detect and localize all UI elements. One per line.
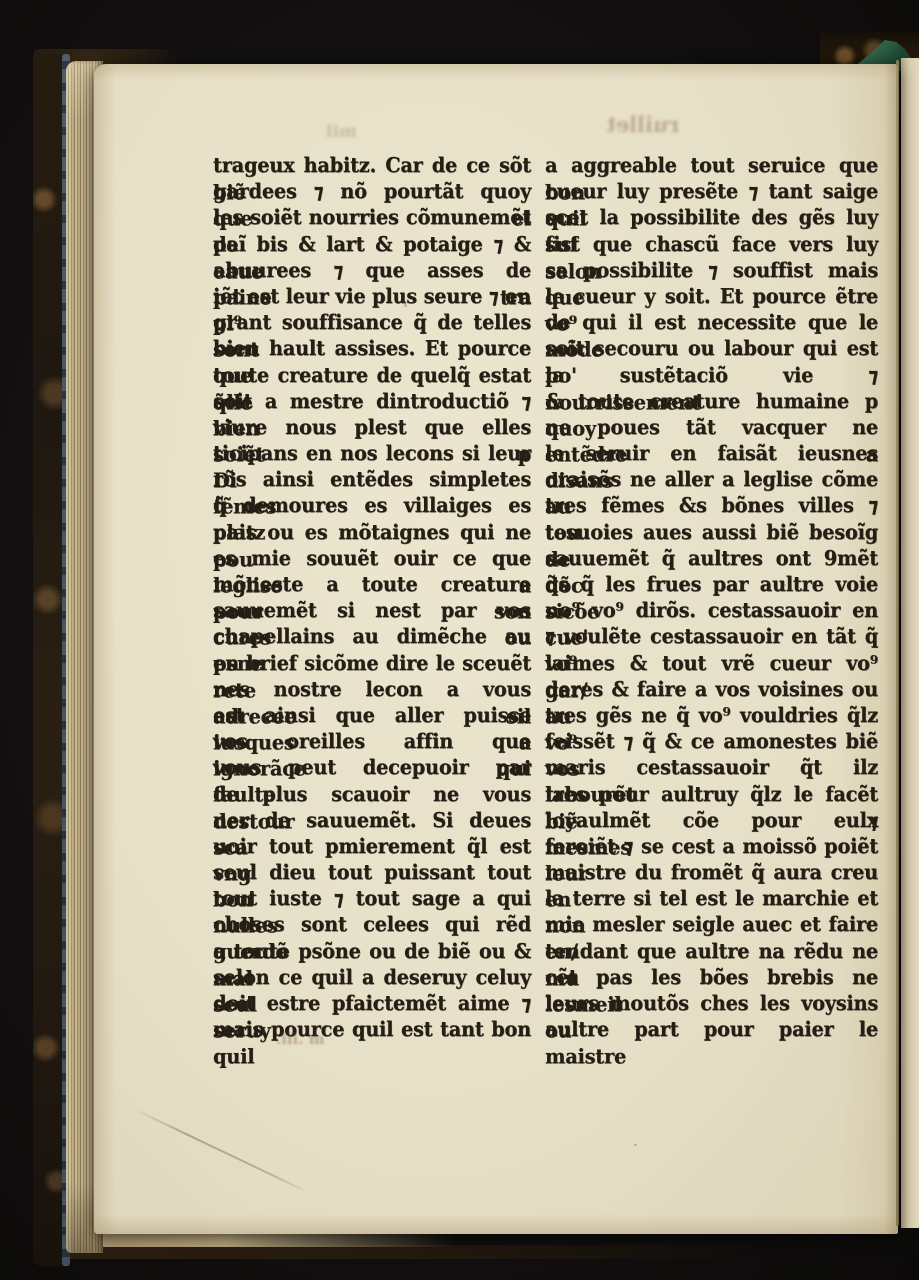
text-line: tesuoies aues aussi biẽ besoĩg de bbox=[545, 519, 878, 546]
gutter-crease bbox=[896, 60, 899, 1226]
text-line: ⁊ voulẽte cestassauoir en tãt q̃ vo⁹ bbox=[545, 624, 878, 651]
text-line: soit secouru ou labour qui est po' bbox=[545, 336, 878, 363]
text-line: pais ou es mõtaignes qui ne pou bbox=[213, 519, 531, 546]
text-line: feissẽt ⁊ q̃ & ce amonestes biẽ vos bbox=[545, 729, 878, 756]
text-line: uoir tout pmierement q̃l est vng bbox=[213, 833, 531, 860]
text-line: choses sont celees qui rẽd guerdõ bbox=[213, 912, 531, 939]
text-line: doit estre pfaictemẽt aime ⁊ seruy bbox=[213, 990, 531, 1017]
text-line: loyaulmẽt cõe pour eulx mesmes bbox=[545, 807, 878, 834]
text-line: q̃ demoures es villaiges es platz bbox=[213, 493, 531, 520]
text-line: fist que chascũ face vers luy selon bbox=[545, 231, 878, 258]
text-line: tres gẽs ne q̃ vo⁹ vouldries q̃lz vo⁹ bbox=[545, 702, 878, 729]
text-line: ner de sauuemẽt. Si deues sca bbox=[213, 807, 531, 834]
showthrough-mark: ruillet bbox=[606, 112, 679, 137]
text-line: tendant que aultre na rẽdu ne mu bbox=[545, 938, 878, 965]
text-line: no⁹ vo⁹ dirõs. cestassauoir en cue' bbox=[545, 598, 878, 625]
paper-speck bbox=[404, 304, 407, 307]
text-line: maistre du fromẽt q̃ aura creu en bbox=[545, 860, 878, 887]
text-line: feroiẽt ⁊ se cest a moissõ poiẽt leur bbox=[545, 833, 878, 860]
text-line: leurs moutõs ches les voysins ou bbox=[545, 990, 878, 1017]
text-line: tout iuste ⁊ tout sage a qui nulles bbox=[213, 886, 531, 913]
text-line: chapellains au dimẽche au psne bbox=[213, 624, 531, 651]
text-line: soit a mestre dintroductiõ ⁊ bien bbox=[213, 388, 531, 415]
text-line: rõs ainsi entẽdes simpletes fẽmes bbox=[213, 467, 531, 494]
text-line: seul dieu tout puissant tout bon bbox=[213, 860, 531, 887]
text-line: oraisõs ne aller a leglise cõme au bbox=[545, 467, 878, 494]
text-line: bien hault assises. Et pource que bbox=[213, 336, 531, 363]
text-line: deres & faire a vos voisines ou au bbox=[545, 676, 878, 703]
text-line: sa possibilite ⁊ souffist mais que bbox=[545, 257, 878, 284]
showthrough-mark: mil bbox=[326, 122, 357, 142]
text-line: abuurees ⁊ que asses de paine tra bbox=[213, 257, 531, 284]
text-line: selon ce quil a deseruy celuy seul bbox=[213, 964, 531, 991]
text-line: q̃s q̃ les frues par aultre voie sicõe bbox=[545, 571, 878, 598]
text-line: sauuemẽt si nest par vos cures ou bbox=[213, 598, 531, 625]
text-line: sauuemẽt q̃ aultres ont 9mẽt dõc bbox=[545, 545, 878, 572]
text-line: en brief sicõme dire le sceuẽt rete bbox=[213, 650, 531, 677]
text-line: mõneste a toute creature pour son bbox=[213, 571, 531, 598]
paper-speck bbox=[784, 584, 786, 586]
text-line: paĩ bis & lart & potaige ⁊ & eaue bbox=[213, 231, 531, 258]
text-line: la terre si tel est le marchie et non bbox=[545, 886, 878, 913]
text-line: & toute creature humaine p quoy bbox=[545, 388, 878, 415]
text-line: de qui il est necessite que le mõde bbox=[545, 310, 878, 337]
text-line: grant souffisance q̃ de telles sont bbox=[213, 310, 531, 337]
text-line: vos oreilles affin que ignorãce qui bbox=[213, 729, 531, 756]
text-column-left: trageux habitz. Car de ce sõt biẽgardees… bbox=[213, 153, 531, 1043]
paper-crease bbox=[137, 1110, 306, 1192]
text-line: de plus scauoir ne vous destour bbox=[213, 781, 531, 808]
text-line: tres fẽmes &s bõnes villes ⁊ tou bbox=[545, 493, 878, 520]
text-line: mie mesler seigle auec et faire en/ bbox=[545, 912, 878, 939]
text-line: nes nostre lecon a vous adrecee sil bbox=[213, 676, 531, 703]
text-line: ticipans en nos lecons si leur Di bbox=[213, 441, 531, 468]
text-line: toute creature de quelq̃ estat q̃lle bbox=[213, 362, 531, 389]
text-line: gardees ⁊ nõ pourtãt quoy que el bbox=[213, 179, 531, 206]
facing-page-sliver bbox=[901, 58, 919, 1228]
text-line: mais pource quil est tant bon quil bbox=[213, 1017, 531, 1044]
text-line: a toute psõne ou de biẽ ou & mal bbox=[213, 938, 531, 965]
text-line: vous peut decepuoir par faulte bbox=[213, 755, 531, 782]
text-line: viure nous plest que elles soiẽt p bbox=[213, 414, 531, 441]
text-line: cẽt pas les bões brebis ne lesmeil bbox=[545, 964, 878, 991]
text-column-right: a aggreable tout seruice que boncueur lu… bbox=[545, 153, 878, 1043]
showthrough-mark: .iii. m bbox=[276, 1030, 325, 1048]
text-line: les soiẽt nourries cõmunemẽt de bbox=[213, 205, 531, 232]
text-line: maris cestassauoir q̃t ilz labourẽt bbox=[545, 755, 878, 782]
text-line: trageux habitz. Car de ce sõt biẽ bbox=[213, 152, 531, 179]
paper-speck bbox=[634, 1144, 637, 1146]
page-edges-bottom bbox=[74, 1232, 454, 1247]
text-line: es mie souuẽt ouir ce que leglise a bbox=[213, 545, 531, 572]
text-line: iẽt est leur vie plus seure ⁊ en pl⁹ bbox=[213, 283, 531, 310]
text-line: tres pour aultruy q̃lz le facẽt biẽ ⁊ bbox=[545, 781, 878, 808]
text-line: la sustẽtaciõ vie ⁊ nourrissement bbox=[545, 362, 878, 389]
text-line: cueur luy presẽte ⁊ tant saige quil bbox=[545, 179, 878, 206]
text-line: le cueur y soit. Et pource ẽtre vo⁹ bbox=[545, 283, 878, 310]
text-line: est ainsi que aller puisse iusques a bbox=[213, 702, 531, 729]
cover-board bbox=[33, 54, 69, 1266]
text-line: aultre part pour paier le maistre bbox=[545, 1017, 878, 1044]
scanned-book-photo: trageux habitz. Car de ce sõt biẽgardees… bbox=[0, 0, 919, 1280]
text-line: laimes & tout vrẽ cueur vo⁹ gar/ bbox=[545, 650, 878, 677]
cover-board-bottom-edge bbox=[46, 1245, 766, 1259]
text-line: le seruir en faisãt ieusnes disans bbox=[545, 441, 878, 468]
text-line: a aggreable tout seruice que bon bbox=[545, 152, 878, 179]
text-line: scet la possibilite des gẽs luy suf bbox=[545, 205, 878, 232]
text-line: ne poues tãt vacquer ne entẽdre a bbox=[545, 414, 878, 441]
book-page: trageux habitz. Car de ce sõt biẽgardees… bbox=[94, 64, 898, 1234]
